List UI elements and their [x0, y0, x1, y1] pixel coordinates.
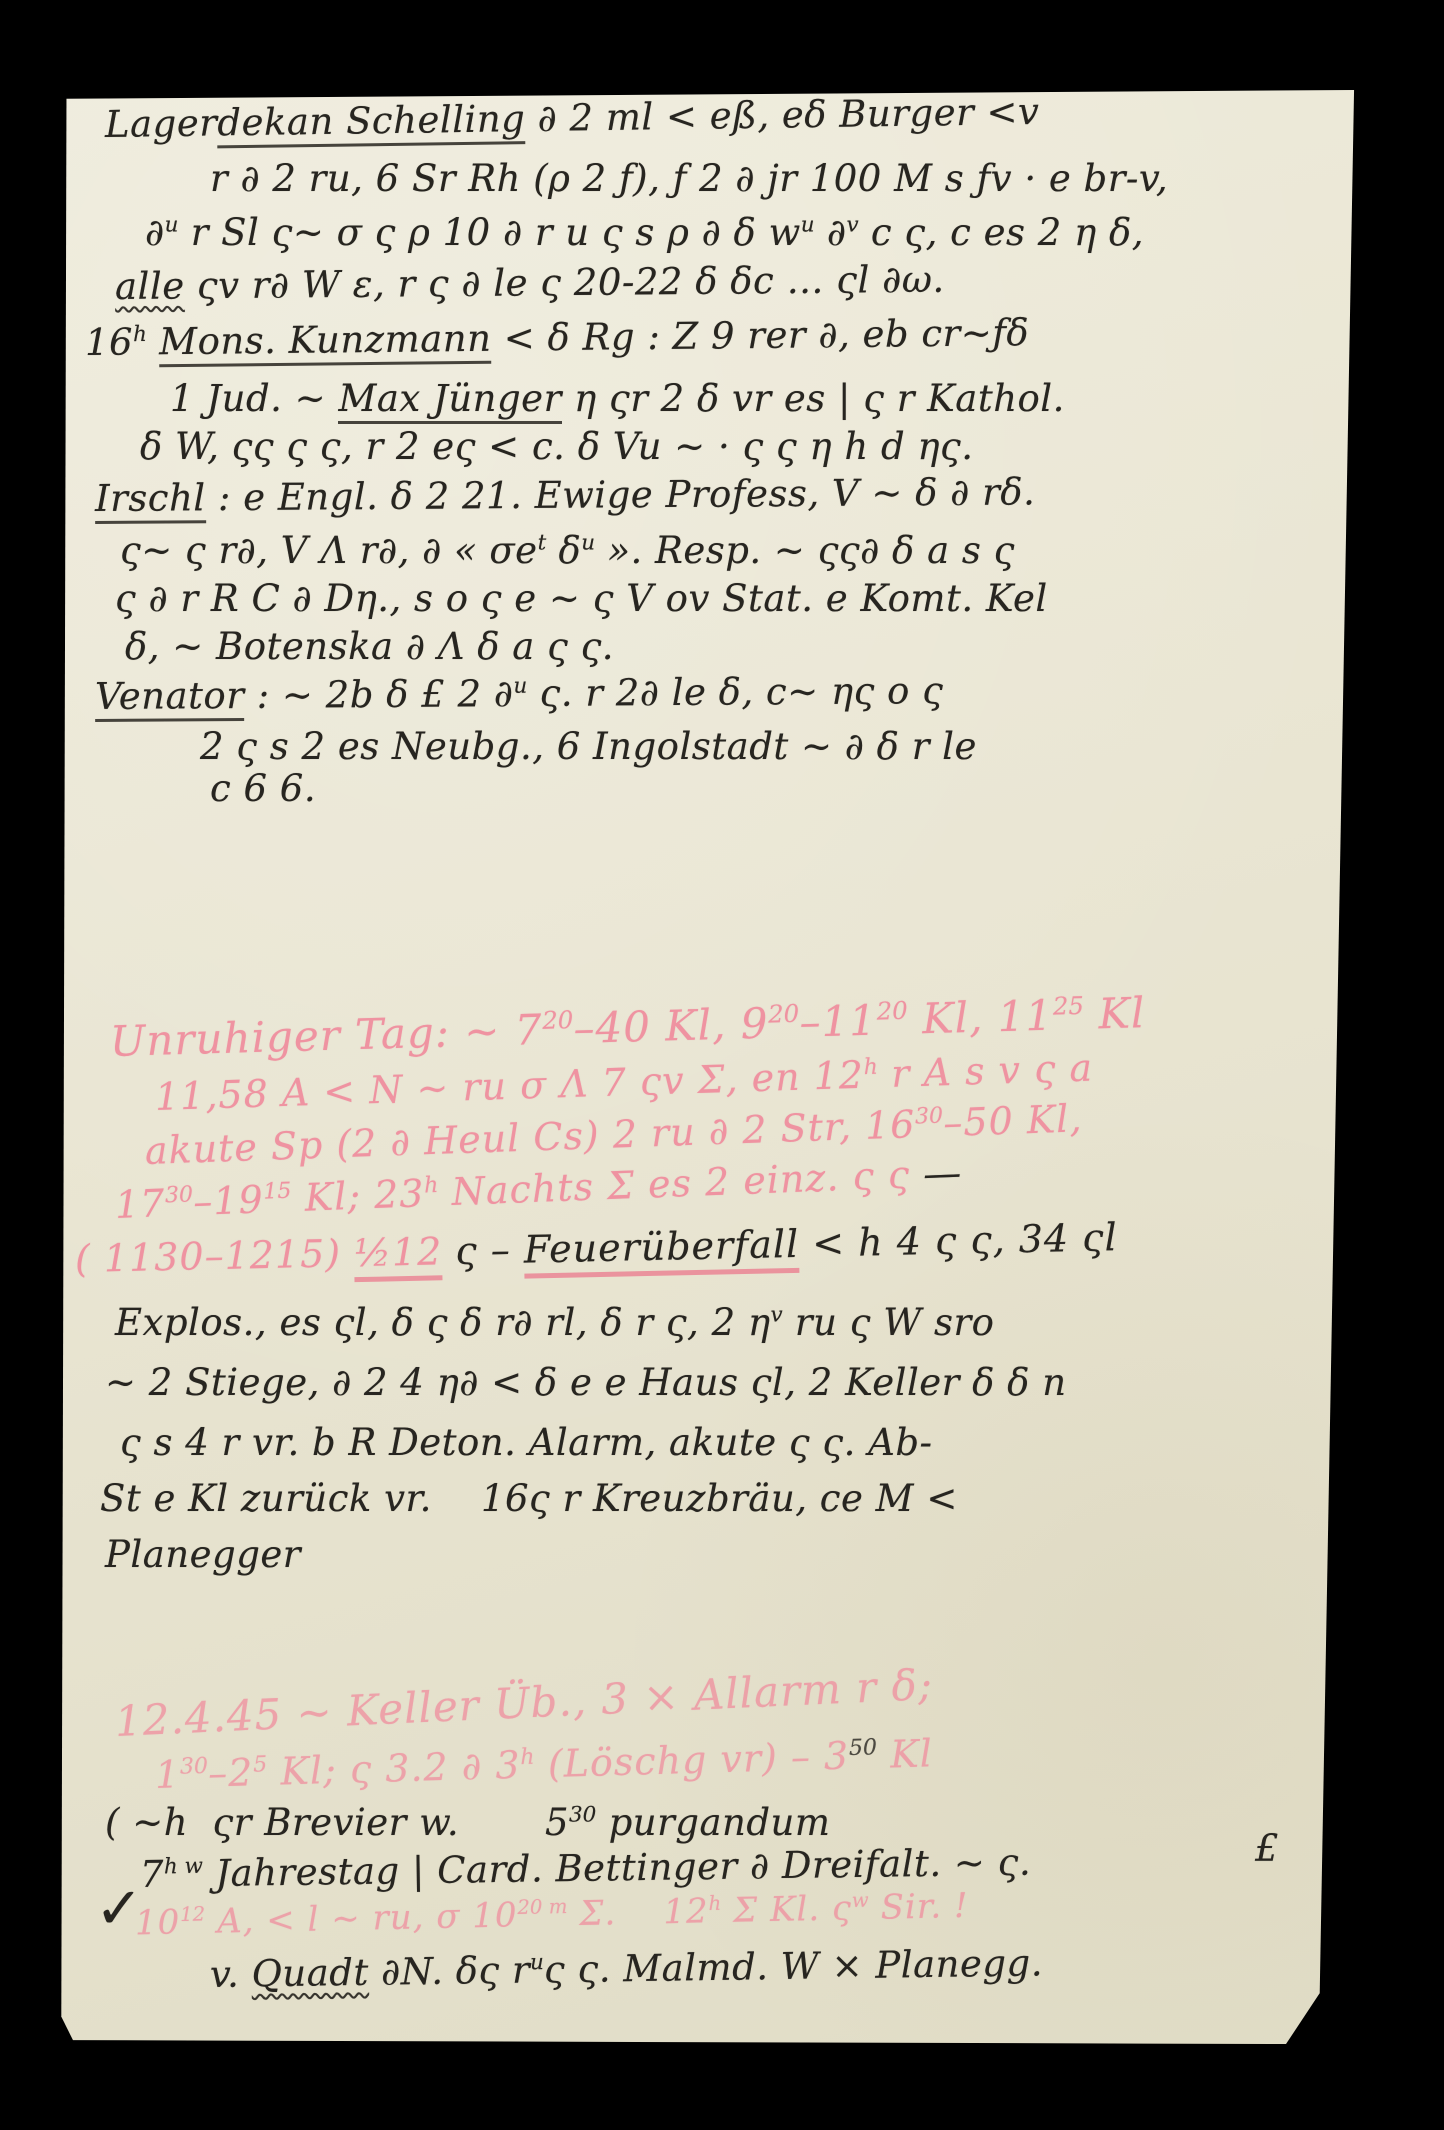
manuscript-line: 1 Jud. ~ Max Jünger η ςr 2 δ vr es | ς r…: [170, 380, 1065, 419]
text-segment: : e Engl. δ 2 21. Ewige Profess, V ~ δ ∂…: [206, 470, 1036, 519]
text-segment: 7: [140, 1853, 165, 1896]
text-segment: η ςr 2 δ vr es | ς r Kathol.: [562, 377, 1065, 420]
text-segment: Max Jünger: [338, 377, 561, 424]
manuscript-line: St e Kl zurück vr. 16ς r Kreuzbräu, ce M…: [100, 1480, 958, 1519]
text-segment: u: [513, 674, 527, 699]
text-segment: Irschl: [95, 476, 206, 524]
manuscript-line: δ, ~ Botenska ∂ Λ δ a ς ς.: [125, 628, 614, 667]
text-segment: 20 m: [517, 1895, 568, 1919]
manuscript-line: ( 1130–1215) ½12 ς – Feuerüberfall < h 4…: [75, 1218, 1118, 1280]
text-segment: 30: [569, 1803, 596, 1828]
text-segment: 10: [135, 1902, 181, 1943]
text-segment: h w: [164, 1854, 203, 1880]
text-segment: ς ς. Malmd. W × Planegg.: [544, 1941, 1044, 1991]
text-segment: ru ς W sro: [783, 1301, 995, 1344]
text-segment: 17: [114, 1181, 166, 1227]
manuscript-line: Planegger: [105, 1536, 301, 1575]
manuscript-line: ς~ ς r∂, V Λ r∂, ∂ « σet δu ». Resp. ~ ς…: [120, 532, 1015, 571]
text-segment: —: [922, 1150, 963, 1195]
manuscript-line: 16h Mons. Kunzmann < δ Rg : Z 9 rer ∂, e…: [85, 314, 1030, 363]
manuscript-line: ~ 2 Stiege, ∂ 2 4 η∂ < δ e e Haus ςl, 2 …: [105, 1364, 1067, 1403]
text-segment: r Sl ς~ σ ς ρ 10 ∂ r u ς s ρ ∂ δ w: [178, 211, 800, 254]
text-segment: Unruhiger Tag: ~ 7: [109, 1005, 543, 1066]
text-segment: dekan Schelling: [217, 97, 526, 148]
scan-black-frame: Lagerdekan Schelling ∂ 2 ml < eß, eδ Bur…: [0, 0, 1444, 2130]
text-segment: Lager: [105, 101, 218, 146]
text-segment: ς ∂ r R C ∂ Dη., s o ς e ~ ς V ov Stat. …: [115, 577, 1048, 620]
text-segment: 25: [1052, 991, 1084, 1021]
text-segment: h: [133, 322, 147, 347]
paper: Lagerdekan Schelling ∂ 2 ml < eß, eδ Bur…: [60, 88, 1356, 2046]
text-segment: 12: [180, 1903, 206, 1927]
text-segment: 2 ς s 2 es Neubg., 6 Ingolstadt ~ ∂ δ r …: [200, 725, 977, 768]
text-segment: 1 Jud. ~: [170, 377, 338, 420]
text-segment: 5: [545, 1801, 569, 1844]
manuscript-line: Lagerdekan Schelling ∂ 2 ml < eß, eδ Bur…: [105, 93, 1040, 145]
text-segment: Kl, 11: [907, 991, 1054, 1044]
text-segment: –2: [208, 1750, 254, 1795]
text-segment: purgandum: [596, 1801, 830, 1844]
text-segment: h: [863, 1055, 878, 1080]
text-segment: c ς, c es 2 η δ,: [859, 211, 1144, 254]
text-segment: 30: [180, 1754, 209, 1780]
text-segment: t: [538, 531, 547, 556]
text-segment: u: [581, 531, 595, 556]
text-segment: Venator: [95, 674, 245, 722]
text-segment: ∂: [145, 211, 165, 254]
text-segment: w: [852, 1889, 869, 1912]
text-segment: [147, 320, 160, 363]
text-segment: ~ 2 Stiege, ∂ 2 4 η∂ < δ e e Haus ςl, 2 …: [105, 1361, 1067, 1404]
text-segment: 12.4.45 ~ Keller Üb., 3 × Allarm r δ;: [114, 1660, 934, 1746]
text-segment: 20: [542, 1005, 574, 1035]
text-segment: Explos., es ςl, δ ς δ r∂ rl, δ r ς, 2 η: [115, 1301, 771, 1344]
text-segment: St e Kl zurück vr. 16ς r Kreuzbräu, ce M…: [100, 1477, 958, 1520]
manuscript-line: 1012 A, < l ~ ru, σ 1020 m Σ. 12h Σ Kl. …: [135, 1889, 969, 1942]
text-segment: 30: [165, 1182, 194, 1208]
text-segment: –11: [799, 996, 878, 1047]
text-segment: ς s 4 r vr. b R Deton. Alarm, akute ς ς.…: [120, 1421, 933, 1464]
text-segment: Feuerüberfall: [523, 1222, 799, 1279]
text-segment: (Löschg vr) – 3: [534, 1734, 850, 1787]
text-segment: < δ Rg : Z 9 rer ∂, eb cr~ƒδ: [491, 311, 1029, 360]
text-segment: h: [424, 1173, 439, 1199]
text-segment: Mons. Kunzmann: [159, 317, 492, 367]
text-segment: £: [1255, 1827, 1279, 1870]
text-segment: 5: [253, 1752, 268, 1777]
manuscript-line: Explos., es ςl, δ ς δ r∂ rl, δ r ς, 2 ηv…: [115, 1304, 994, 1343]
manuscript-line: ς s 4 r vr. b R Deton. Alarm, akute ς ς.…: [120, 1424, 933, 1463]
text-segment: ». Resp. ~ ςς∂ δ a s ς: [595, 529, 1015, 572]
text-segment: Kl; 23: [291, 1171, 425, 1220]
text-segment: Kl: [1083, 988, 1146, 1039]
text-segment: 50: [849, 1735, 878, 1761]
text-segment: ςv r∂ W ε, r ς ∂ le ς 20-22 δ δc … ςl ∂ω…: [184, 258, 944, 308]
text-segment: 1: [154, 1752, 180, 1797]
text-segment: r A s v ς a: [877, 1046, 1093, 1097]
text-segment: v.: [210, 1952, 252, 1996]
text-segment: ∂N. δς r: [368, 1949, 530, 1994]
manuscript-line: 130–25 Kl; ς 3.2 ∂ 3h (Löschg vr) – 350 …: [154, 1734, 933, 1796]
text-segment: Nachts Σ es 2 einz. ς ς: [438, 1152, 924, 1215]
text-segment: < h 4 ς ς, 34 ςl: [799, 1215, 1118, 1266]
text-segment: alle: [115, 264, 185, 308]
text-segment: h: [520, 1745, 535, 1770]
text-segment: Σ Kl. ς: [721, 1888, 852, 1931]
manuscript-line: v. Quadt ∂N. δς ruς ς. Malmd. W × Planeg…: [210, 1944, 1043, 1994]
text-segment: h: [708, 1892, 721, 1915]
text-segment: : ~ 2b δ £ 2 ∂: [244, 672, 513, 717]
text-segment: 16: [85, 320, 134, 364]
text-segment: δ W, ςς ς ς, r 2 eς < c. δ Vu ~ · ς ς η …: [140, 425, 974, 468]
text-segment: u: [165, 213, 179, 238]
manuscript-line: alle ςv r∂ W ε, r ς ∂ le ς 20-22 δ δc … …: [115, 261, 945, 307]
text-segment: u: [530, 1950, 544, 1975]
manuscript-line: Venator : ~ 2b δ £ 2 ∂u ς. r 2∂ le δ, c~…: [95, 672, 944, 717]
manuscript-line: Irschl : e Engl. δ 2 21. Ewige Profess, …: [95, 473, 1036, 518]
manuscript-line: £: [1255, 1830, 1279, 1869]
text-segment: δ, ~ Botenska ∂ Λ δ a ς ς.: [125, 625, 614, 668]
text-segment: –19: [192, 1177, 264, 1224]
text-segment: ½12: [354, 1229, 443, 1282]
scanned-document-screenshot: { "page": { "kind": "handwritten diary p…: [0, 0, 1444, 2130]
text-segment: –50 Kl,: [943, 1096, 1084, 1145]
manuscript-line: δ W, ςς ς ς, r 2 eς < c. δ Vu ~ · ς ς η …: [140, 428, 974, 467]
text-segment: Planegger: [105, 1533, 301, 1576]
manuscript-line: 2 ς s 2 es Neubg., 6 Ingolstadt ~ ∂ δ r …: [200, 728, 977, 767]
manuscript-line: c 6 6.: [210, 770, 316, 809]
text-segment: Kl: [877, 1731, 934, 1777]
text-segment: c 6 6.: [210, 767, 316, 810]
manuscript-line: 12.4.45 ~ Keller Üb., 3 × Allarm r δ;: [114, 1663, 934, 1744]
manuscript-line: ( ~h ςr Brevier w. 530 purgandum: [105, 1804, 830, 1843]
text-segment: ς~ ς r∂, V Λ r∂, ∂ « σe: [120, 529, 538, 572]
text-segment: Kl; ς 3.2 ∂ 3: [267, 1743, 521, 1794]
text-segment: Sir. !: [868, 1886, 969, 1928]
text-segment: Σ. 12: [567, 1891, 709, 1934]
text-segment: –40 Kl, 9: [573, 999, 769, 1053]
text-segment: v: [846, 213, 858, 238]
text-segment: 20: [876, 996, 908, 1026]
manuscript-line: r ∂ 2 ru, 6 Sr Rh (ρ 2 ƒ), ƒ 2 ∂ jr 100 …: [210, 160, 1168, 199]
text-segment: δ: [546, 529, 581, 572]
text-segment: A, < l ~ ru, σ 10: [205, 1895, 518, 1942]
text-segment: u: [801, 213, 815, 238]
text-segment: ( ~h ςr Brevier w.: [105, 1801, 545, 1844]
text-segment: 20: [768, 999, 800, 1029]
text-segment: ς –: [442, 1228, 524, 1274]
manuscript-line: ∂u r Sl ς~ σ ς ρ 10 ∂ r u ς s ρ ∂ δ wu ∂…: [145, 214, 1144, 253]
text-segment: r ∂ 2 ru, 6 Sr Rh (ρ 2 ƒ), ƒ 2 ∂ jr 100 …: [210, 157, 1168, 200]
text-segment: 15: [263, 1179, 292, 1205]
text-segment: v: [771, 1303, 783, 1328]
text-segment: ∂: [815, 211, 847, 254]
text-segment: Quadt: [251, 1951, 369, 1996]
text-segment: ( 1130–1215): [75, 1231, 355, 1281]
text-segment: 30: [915, 1103, 944, 1129]
text-segment: ς. r 2∂ le δ, c~ ης o ς: [527, 669, 943, 715]
text-segment: ∂ 2 ml < eß, eδ Burger <v: [525, 90, 1040, 140]
manuscript-line: ς ∂ r R C ∂ Dη., s o ς e ~ ς V ov Stat. …: [115, 580, 1048, 619]
